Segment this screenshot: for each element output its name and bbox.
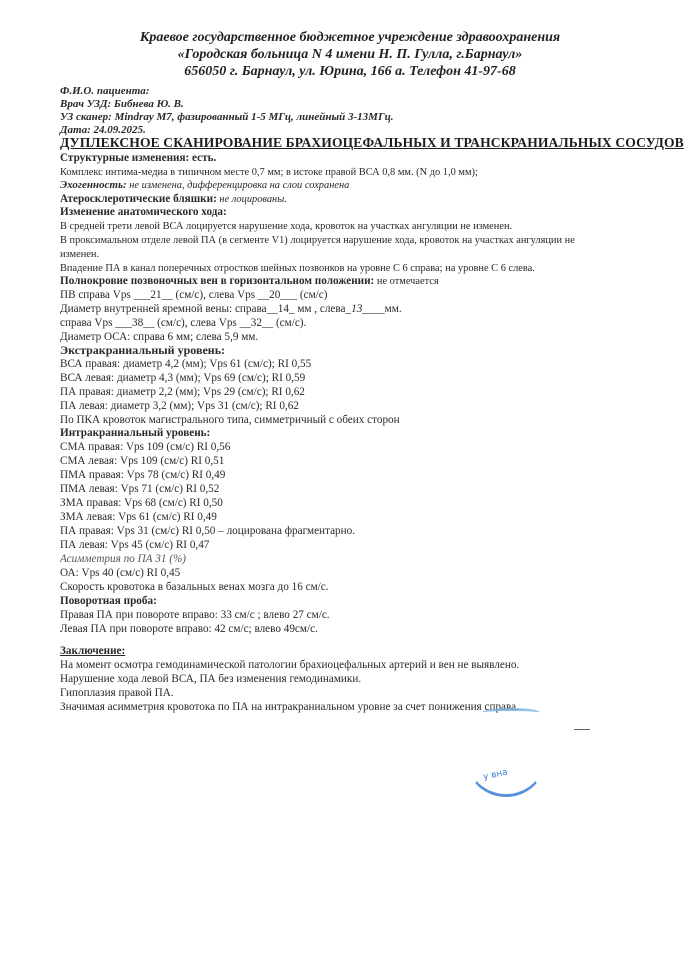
veins-value: не отмечается	[374, 276, 438, 287]
basilar-artery: ОА: Vps 40 (см/с) RI 0,45	[60, 567, 180, 580]
anatomy-line-4: Впадение ПА в канал поперечных отростков…	[60, 262, 535, 275]
extracranial-row: По ПКА кровоток магистрального типа, сим…	[60, 414, 400, 427]
intracranial-row: ПА левая: Vps 45 (см/с) RI 0,47	[60, 539, 209, 552]
conclusion-line: На момент осмотра гемодинамической патол…	[60, 659, 519, 672]
intracranial-label: Интракраниальный уровень:	[60, 427, 210, 440]
ijv-velocity: справа Vps ___38__ (см/с), слева Vps __3…	[60, 317, 306, 330]
anatomy-label: Изменение анатомического хода:	[60, 206, 227, 219]
anatomy-line-1: В средней трети левой ВСА лоцируется нар…	[60, 220, 512, 233]
patient-name: Ф.И.О. пациента:	[60, 85, 149, 98]
intracranial-row: ПМА левая: Vps 71 (см/с) RI 0,52	[60, 483, 219, 496]
rotation-left: Левая ПА при повороте вправо: 42 см/с; в…	[60, 623, 318, 636]
conclusion-line: Гипоплазия правой ПА.	[60, 687, 174, 700]
intracranial-row: ЗМА правая: Vps 68 (см/с) RI 0,50	[60, 497, 223, 510]
echogenicity-label: Эхогенность:	[60, 179, 127, 191]
header-line-3: 656050 г. Барнаул, ул. Юрина, 166 а. Тел…	[0, 64, 700, 80]
intracranial-row: СМА правая: Vps 109 (см/с) RI 0,56	[60, 441, 230, 454]
extracranial-row: ВСА правая: диаметр 4,2 (мм); Vps 61 (см…	[60, 358, 311, 371]
pv-velocity: ПВ справа Vps ___21__ (см/с), слева Vps …	[60, 289, 327, 302]
plaques-label: Атеросклеротические бляшки:	[60, 193, 217, 205]
basal-veins: Скорость кровотока в базальных венах моз…	[60, 581, 329, 594]
ijv-diameter-unit: ____мм.	[362, 303, 401, 315]
signature-dash	[574, 729, 590, 730]
header-line-1: Краевое государственное бюджетное учрежд…	[0, 30, 700, 46]
echogenicity-line: Эхогенность: не изменена, дифференцировк…	[60, 179, 349, 192]
intracranial-row: ПА правая: Vps 31 (см/с) RI 0,50 – лоцир…	[60, 525, 355, 538]
doctor-name: Врач УЗД: Бибнева Ю. В.	[60, 98, 184, 111]
intracranial-row: СМА левая: Vps 109 (см/с) RI 0,51	[60, 455, 224, 468]
structural-label: Структурные изменения: есть.	[60, 152, 216, 165]
report-title: ДУПЛЕКСНОЕ СКАНИРОВАНИЕ БРАХИОЦЕФАЛЬНЫХ …	[60, 135, 684, 151]
intracranial-row: ЗМА левая: Vps 61 (см/с) RI 0,49	[60, 511, 217, 524]
stamp-fragment-top	[482, 708, 540, 717]
conclusion-line: Нарушение хода левой ВСА, ПА без изменен…	[60, 673, 361, 686]
conclusion-label: Заключение:	[60, 645, 125, 658]
ijv-diameter-left-value: 13	[351, 303, 362, 315]
veins-label: Полнокровие позвоночных вен в горизонтал…	[60, 275, 374, 287]
extracranial-row: ПА правая: диаметр 2,2 (мм); Vps 29 (см/…	[60, 386, 305, 399]
plaques-line: Атеросклеротические бляшки: не лоцирован…	[60, 193, 287, 206]
extracranial-row: ПА левая: диаметр 3,2 (мм); Vps 31 (см/с…	[60, 400, 299, 413]
scanner-info: УЗ сканер: Mindray M7, фазированный 1-5 …	[60, 111, 393, 124]
anatomy-line-2: В проксимальном отделе левой ПА (в сегме…	[60, 234, 575, 247]
imt-text: Комплекс интима-медиа в типичном месте 0…	[60, 166, 478, 179]
ijv-diameter: Диаметр внутренней яремной вены: справа_…	[60, 303, 402, 316]
intracranial-row: ПМА правая: Vps 78 (см/с) RI 0,49	[60, 469, 225, 482]
veins-line: Полнокровие позвоночных вен в горизонтал…	[60, 275, 439, 288]
plaques-value: не лоцированы.	[217, 194, 287, 205]
asymmetry-note: Асимметрия по ПА 31 (%)	[60, 553, 186, 566]
rotation-right: Правая ПА при повороте вправо: 33 см/с ;…	[60, 609, 330, 622]
extracranial-row: ВСА левая: диаметр 4,3 (мм); Vps 69 (см/…	[60, 372, 305, 385]
ijv-diameter-right: Диаметр внутренней яремной вены: справа_…	[60, 303, 351, 315]
conclusion-line: Значимая асимметрия кровотока по ПА на и…	[60, 701, 519, 714]
stamp-seal	[466, 720, 546, 797]
rotation-label: Поворотная проба:	[60, 595, 157, 608]
anatomy-line-3: изменен.	[60, 248, 99, 261]
extracranial-label: Экстракраниальный уровень:	[60, 344, 225, 357]
echogenicity-value: не изменена, дифференцировка на слои сох…	[127, 180, 350, 191]
header-line-2: «Городская больница N 4 имени Н. П. Гулл…	[0, 47, 700, 63]
